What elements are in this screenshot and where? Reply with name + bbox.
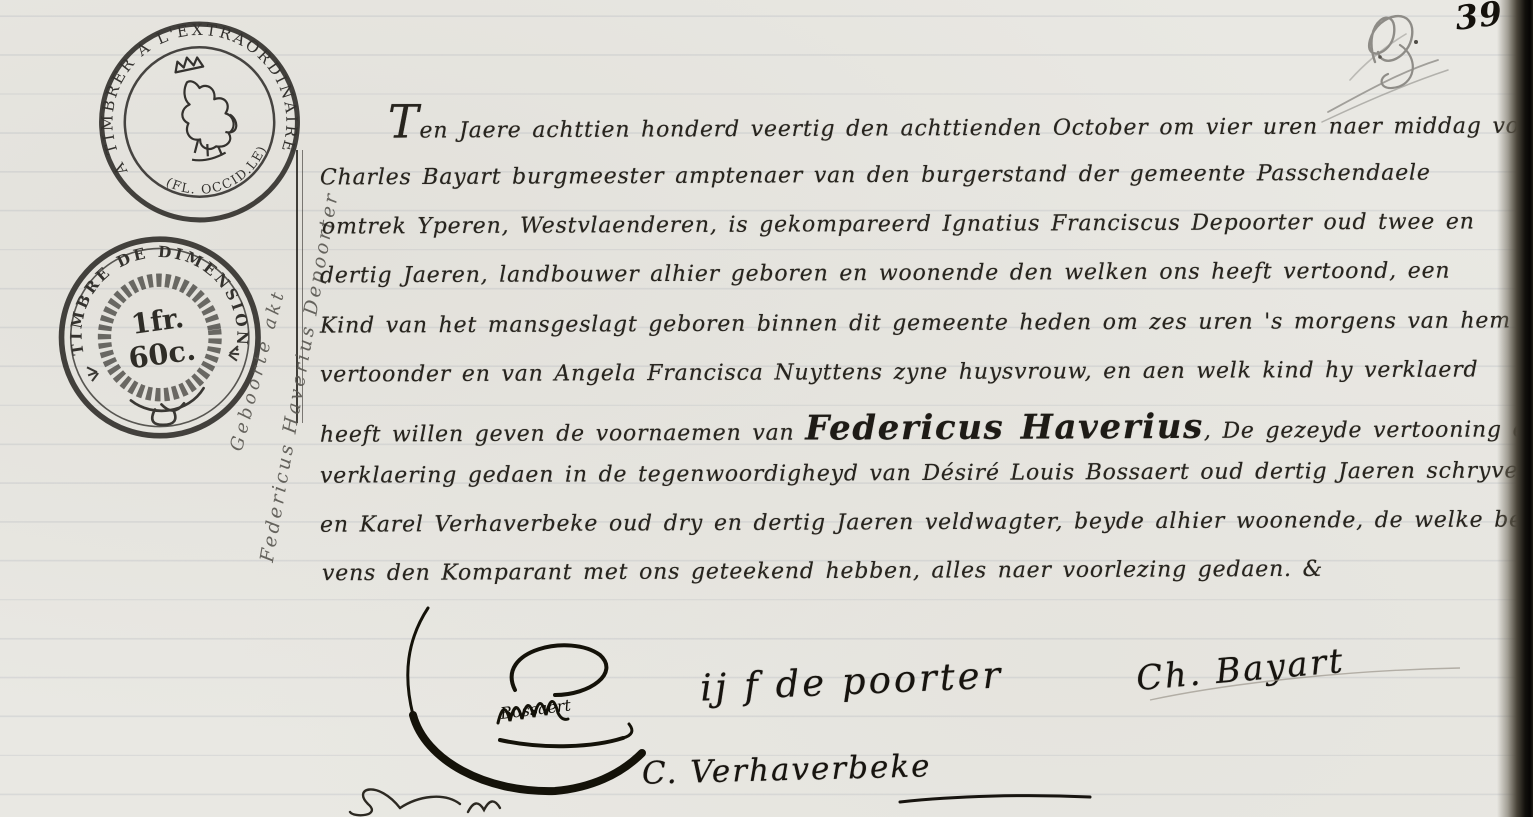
stamp-timbre-extraordinaire: A TIMBRER A L'EXTRAORDINAIRE (FL. OCCID.… bbox=[72, 0, 326, 248]
signature-underline-flourish bbox=[895, 788, 1095, 808]
act-line-2: Charles Bayart burgmeester amptenaer van… bbox=[320, 161, 1431, 191]
act-line-8: verklaering gedaen in de tegenwoordighey… bbox=[320, 458, 1530, 488]
act-line-7-post: , De gezeyde vertooning en bbox=[1204, 417, 1533, 443]
stamp-outer-ring bbox=[83, 6, 315, 238]
partial-signature-flourish bbox=[348, 778, 568, 817]
ink-dot bbox=[1378, 55, 1382, 59]
ink-dot bbox=[1414, 40, 1418, 44]
act-line-7: heeft willen geven de voornaemen van Fed… bbox=[320, 405, 1533, 450]
act-line-9: en Karel Verhaverbeke oud dry en dertig … bbox=[320, 507, 1533, 537]
child-given-names: Federicus Haverius bbox=[805, 407, 1204, 449]
act-line-5: Kind van het mansgeslagt geboren binnen … bbox=[320, 308, 1511, 338]
act-line-10: vens den Komparant met ons geteekend heb… bbox=[322, 557, 1323, 586]
belgian-lion-icon bbox=[171, 50, 242, 162]
stamp-ring-text: A TIMBRER A L'EXTRAORDINAIRE bbox=[78, 1, 310, 196]
act-line-7-pre: heeft willen geven de voornaemen van bbox=[320, 421, 805, 448]
signature-verhaverbeke: C. Verhaverbeke bbox=[642, 748, 932, 792]
signature-bayart-flourish bbox=[1145, 660, 1465, 710]
birth-act-document-scan: 39 A TIMBRER A L'EXTRAORDINAIRE (FL. OCC bbox=[0, 0, 1533, 817]
act-line-4: dertig Jaeren, landbouwer alhier geboren… bbox=[320, 259, 1450, 289]
act-line-6: vertoonder en van Angela Francisca Nuytt… bbox=[320, 357, 1479, 387]
book-gutter-shadow bbox=[1497, 0, 1533, 817]
signature-de-poorter: ij f de poorter bbox=[699, 653, 1004, 709]
act-line-3: omtrek Yperen, Westvlaenderen, is gekomp… bbox=[322, 209, 1475, 239]
act-line-1: Ten Jaere achttien honderd veertig den a… bbox=[388, 103, 1533, 143]
